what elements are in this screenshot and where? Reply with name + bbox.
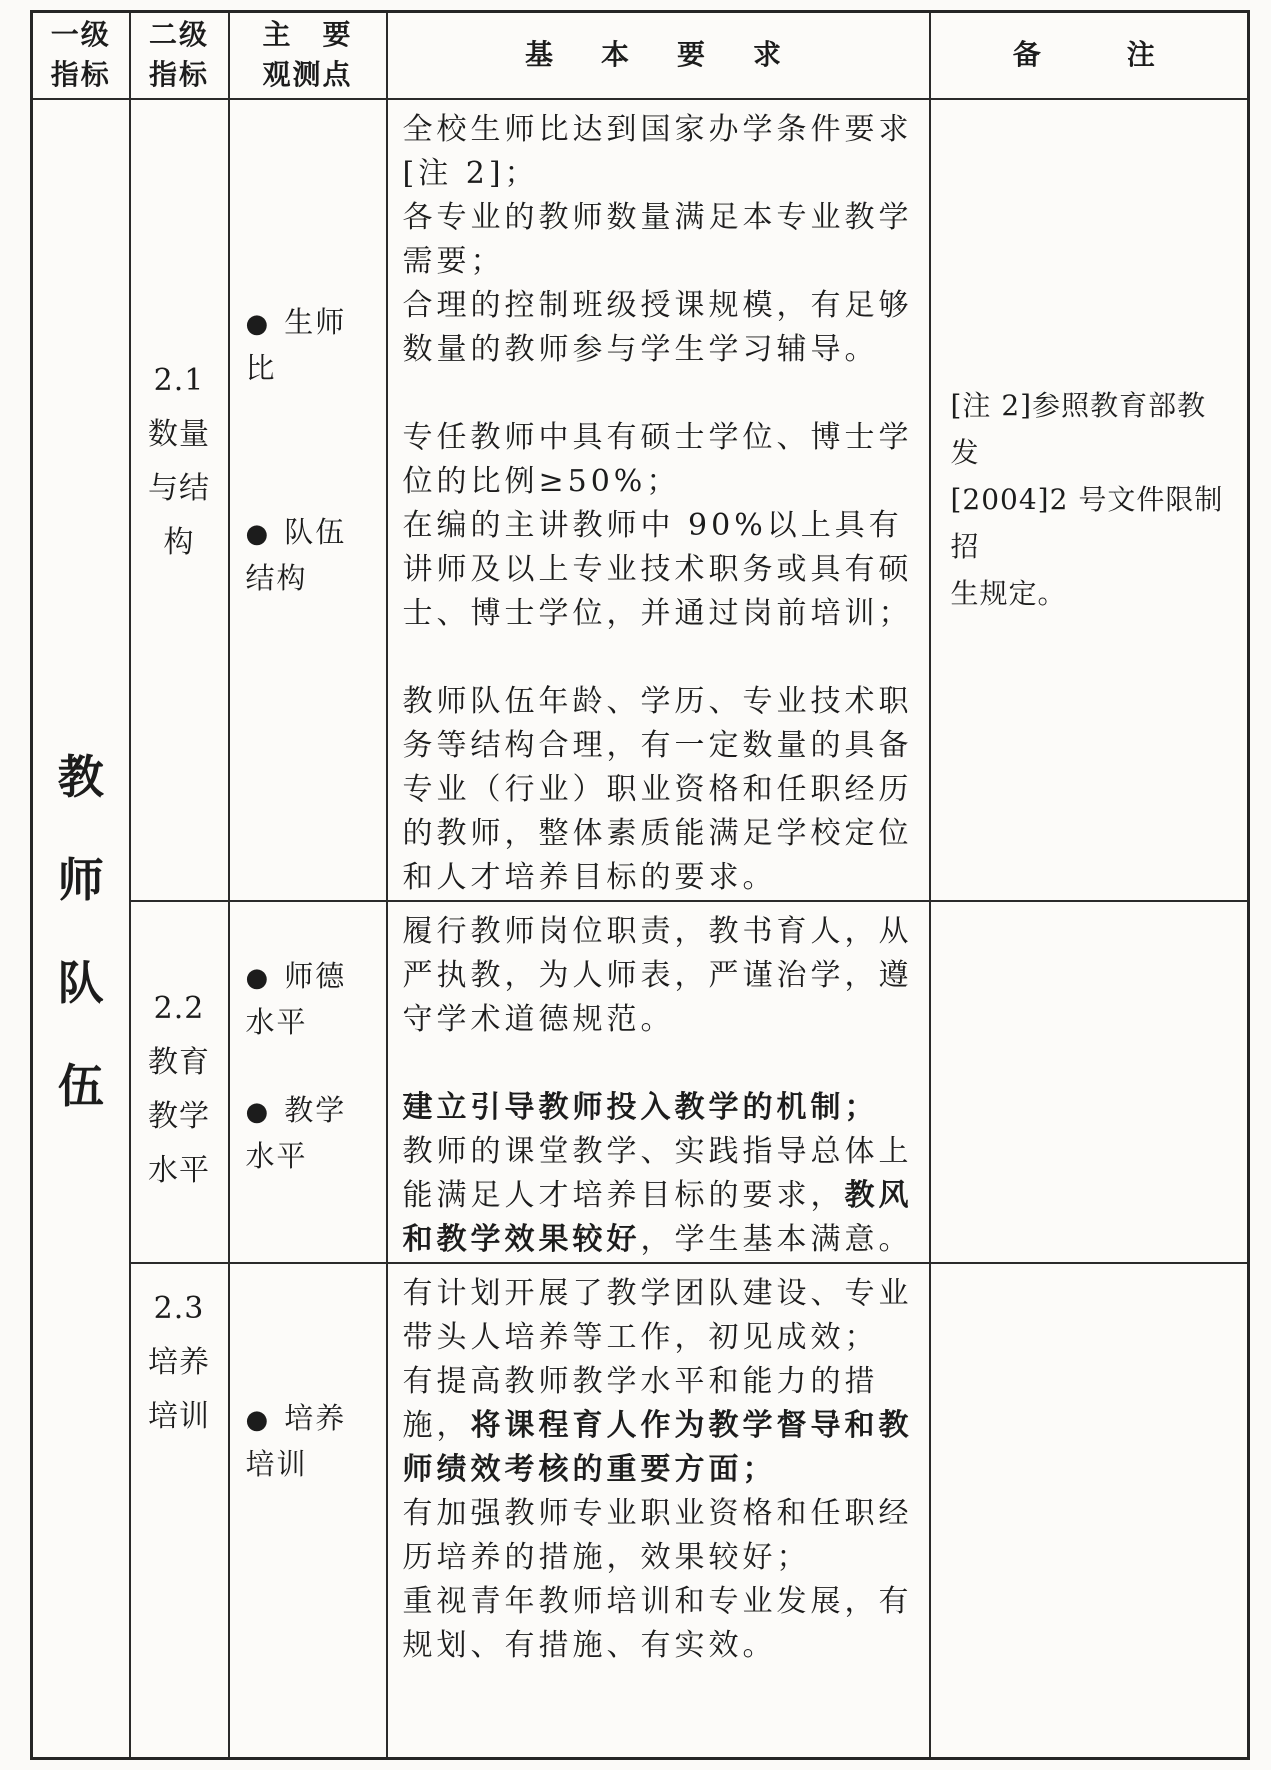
evaluation-indicator-table: 一级指标 二级指标 主 要观测点 基 本 要 求 备 注 教师队伍 2.1数量与… [30, 10, 1250, 1760]
requirement-paragraph: 建立引导教师投入教学的机制； [403, 1086, 917, 1130]
level1-char: 师 [58, 844, 104, 910]
header-line: 主 要 [230, 15, 386, 55]
requirement-paragraph: 有加强教师专业职业资格和任职经历培养的措施，效果较好； [403, 1492, 917, 1580]
level1-char: 伍 [58, 1050, 104, 1116]
requirement-text: 重视青年教师培训和专业发展，有规划、有措施、有实效。 [403, 1584, 913, 1663]
observation-points-2-2: ●师德水平●教学水平 [229, 901, 387, 1263]
requirement-paragraph: 在编的主讲教师中 90%以上具有讲师及以上专业技术职务或具有硕士、博士学位，并通… [403, 504, 917, 636]
level2-line: 构 [131, 516, 228, 570]
requirement-paragraph: 履行教师岗位职责，教书育人，从严执教，为人师表，严谨治学，遵守学术道德规范。 [403, 910, 917, 1042]
header-level2-indicator: 二级指标 [130, 12, 229, 99]
requirements-2-1: 全校生师比达到国家办学条件要求[注 2]；各专业的教师数量满足本专业教学需要；合… [387, 99, 930, 901]
requirement-paragraph: 有计划开展了教学团队建设、专业带头人培养等工作，初见成效； [403, 1272, 917, 1360]
requirements-2-2: 履行教师岗位职责，教书育人，从严执教，为人师表，严谨治学，遵守学术道德规范。建立… [387, 901, 930, 1263]
header-basic-requirements: 基 本 要 求 [387, 12, 930, 99]
requirement-text: 有计划开展了教学团队建设、专业带头人培养等工作，初见成效； [403, 1276, 913, 1355]
bullet-icon: ● [246, 1097, 269, 1127]
observation-points-2-1: ●生师比●队伍结构 [229, 99, 387, 901]
level2-line: 2.1 [131, 354, 228, 408]
note-cell-2-1: [注 2]参照教育部教发[2004]2 号文件限制招生规定。 [930, 99, 1249, 901]
bullet-icon: ● [246, 309, 269, 339]
level2-line: 2.3 [131, 1282, 228, 1336]
document-page: 一级指标 二级指标 主 要观测点 基 本 要 求 备 注 教师队伍 2.1数量与… [0, 0, 1271, 1770]
level2-line: 教学 [131, 1090, 228, 1144]
header-observation-points: 主 要观测点 [229, 12, 387, 99]
observation-item: ●队伍结构 [246, 510, 376, 600]
note-line: 生规定。 [951, 570, 1236, 617]
requirement-paragraph: 有提高教师教学水平和能力的措施，将课程育人作为教学督导和教师绩效考核的重要方面； [403, 1360, 917, 1492]
requirements-2-3: 有计划开展了教学团队建设、专业带头人培养等工作，初见成效；有提高教师教学水平和能… [387, 1263, 930, 1759]
note-cell-2-2 [930, 901, 1249, 1263]
level2-line: 培训 [131, 1390, 228, 1444]
header-line: 一级 [33, 15, 129, 55]
level2-line: 与结 [131, 462, 228, 516]
requirement-text: 专任教师中具有硕士学位、博士学位的比例≥50%； [403, 420, 913, 499]
level2-indicator-2-1: 2.1数量与结构 [130, 99, 229, 901]
level2-indicator-2-2: 2.2教育教学水平 [130, 901, 229, 1263]
header-line: 观测点 [230, 55, 386, 95]
requirement-paragraph: 合理的控制班级授课规模，有足够数量的教师参与学生学习辅导。 [403, 284, 917, 372]
level2-line: 教育 [131, 1036, 228, 1090]
level1-char: 教 [58, 741, 104, 807]
requirement-text: 全校生师比达到国家办学条件要求[注 2]； [403, 112, 913, 191]
requirement-paragraph: 全校生师比达到国家办学条件要求[注 2]； [403, 108, 917, 196]
bullet-icon: ● [246, 519, 269, 549]
bullet-icon: ● [246, 1405, 269, 1435]
requirement-text: 在编的主讲教师中 90%以上具有讲师及以上专业技术职务或具有硕士、博士学位，并通… [403, 508, 913, 631]
header-line: 指标 [131, 55, 228, 95]
observation-item: ●教学水平 [246, 1088, 376, 1178]
observation-item: ●师德水平 [246, 954, 376, 1044]
requirement-paragraph: 专任教师中具有硕士学位、博士学位的比例≥50%； [403, 416, 917, 504]
header-notes: 备 注 [930, 12, 1249, 99]
requirement-text: 教师队伍年龄、学历、专业技术职务等结构合理，有一定数量的具备专业（行业）职业资格… [403, 684, 913, 895]
requirement-bold-text: 将课程育人作为教学督导和教师绩效考核的重要方面； [403, 1408, 913, 1487]
requirement-text: 教师的课堂教学、实践指导总体上能满足人才培养目标的要求， [403, 1134, 913, 1213]
header-line: 指标 [33, 55, 129, 95]
level1-indicator-text: 教师队伍 [33, 741, 129, 1116]
note-cell-2-3 [930, 1263, 1249, 1759]
level1-indicator-cell: 教师队伍 [32, 99, 130, 1759]
requirement-paragraph: 教师队伍年龄、学历、专业技术职务等结构合理，有一定数量的具备专业（行业）职业资格… [403, 680, 917, 900]
requirement-text: 各专业的教师数量满足本专业教学需要； [403, 200, 913, 279]
level2-line: 数量 [131, 408, 228, 462]
requirement-text: 合理的控制班级授课规模，有足够数量的教师参与学生学习辅导。 [403, 288, 913, 367]
header-level1-indicator: 一级指标 [32, 12, 130, 99]
requirement-bold-text: 建立引导教师投入教学的机制； [403, 1090, 879, 1125]
observation-item: ●生师比 [246, 300, 376, 390]
requirement-paragraph: 重视青年教师培训和专业发展，有规划、有措施、有实效。 [403, 1580, 917, 1668]
requirement-paragraph: 教师的课堂教学、实践指导总体上能满足人才培养目标的要求，教风和教学效果较好，学生… [403, 1130, 917, 1262]
level2-indicator-2-3: 2.3培养培训 [130, 1263, 229, 1759]
level2-line: 水平 [131, 1144, 228, 1198]
requirement-paragraph: 各专业的教师数量满足本专业教学需要； [403, 196, 917, 284]
bullet-icon: ● [246, 963, 269, 993]
note-line: [2004]2 号文件限制招 [951, 476, 1236, 570]
requirement-text: 有加强教师专业职业资格和任职经历培养的措施，效果较好； [403, 1496, 913, 1575]
header-line: 二级 [131, 15, 228, 55]
level2-line: 培养 [131, 1336, 228, 1390]
requirement-text: 履行教师岗位职责，教书育人，从严执教，为人师表，严谨治学，遵守学术道德规范。 [403, 914, 913, 1037]
requirement-text: ，学生基本满意。 [641, 1222, 913, 1257]
observation-points-2-3: ●培养培训 [229, 1263, 387, 1759]
note-line: [注 2]参照教育部教发 [951, 382, 1236, 476]
observation-item: ●培养培训 [246, 1396, 376, 1486]
level1-char: 队 [58, 947, 104, 1013]
level2-line: 2.2 [131, 982, 228, 1036]
